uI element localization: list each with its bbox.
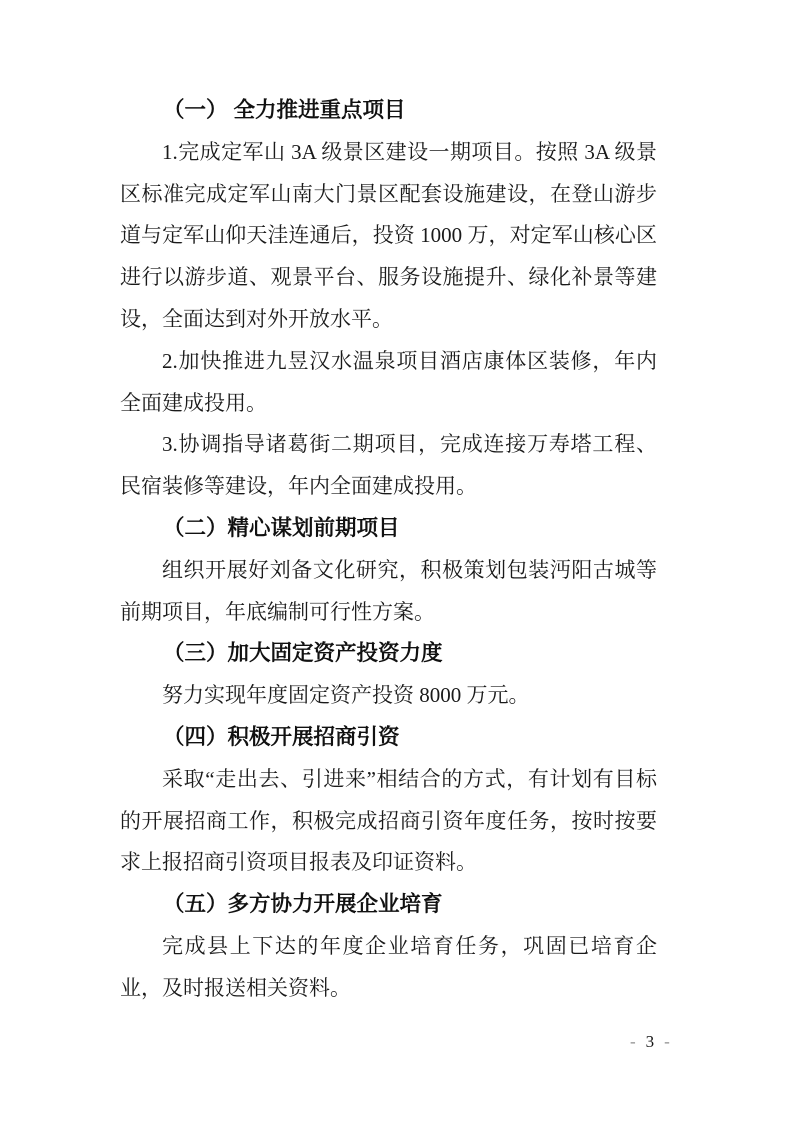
paragraph: 1.完成定军山 3A 级景区建设一期项目。按照 3A 级景区标准完成定军山南大门… xyxy=(120,132,657,341)
paragraph: 3.协调指导诸葛街二期项目，完成连接万寿塔工程、民宿装修等建设，年内全面建成投用… xyxy=(120,424,657,508)
section-investment-attraction: （四）积极开展招商引资 采取“走出去、引进来”相结合的方式，有计划有目标的开展招… xyxy=(120,717,657,884)
section-heading: （二）精心谋划前期项目 xyxy=(120,508,657,550)
section-heading: （一） 全力推进重点项目 xyxy=(120,90,657,132)
page-number-dash-left: - xyxy=(630,1032,637,1051)
section-heading: （五）多方协力开展企业培育 xyxy=(120,884,657,926)
paragraph: 组织开展好刘备文化研究，积极策划包装沔阳古城等前期项目，年底编制可行性方案。 xyxy=(120,550,657,634)
paragraph: 努力实现年度固定资产投资 8000 万元。 xyxy=(120,675,657,717)
section-fixed-asset-investment: （三）加大固定资产投资力度 努力实现年度固定资产投资 8000 万元。 xyxy=(120,633,657,717)
document-page: （一） 全力推进重点项目 1.完成定军山 3A 级景区建设一期项目。按照 3A … xyxy=(0,0,793,1122)
paragraph: 采取“走出去、引进来”相结合的方式，有计划有目标的开展招商工作，积极完成招商引资… xyxy=(120,759,657,884)
paragraph: 2.加快推进九昱汉水温泉项目酒店康体区装修，年内全面建成投用。 xyxy=(120,341,657,425)
section-enterprise-cultivation: （五）多方协力开展企业培育 完成县上下达的年度企业培育任务，巩固已培育企业，及时… xyxy=(120,884,657,1009)
document-body: （一） 全力推进重点项目 1.完成定军山 3A 级景区建设一期项目。按照 3A … xyxy=(120,90,657,1010)
section-heading: （三）加大固定资产投资力度 xyxy=(120,633,657,675)
page-number-dash-right: - xyxy=(664,1032,671,1051)
section-early-stage-projects: （二）精心谋划前期项目 组织开展好刘备文化研究，积极策划包装沔阳古城等前期项目，… xyxy=(120,508,657,633)
section-key-projects: （一） 全力推进重点项目 1.完成定军山 3A 级景区建设一期项目。按照 3A … xyxy=(120,90,657,508)
paragraph: 完成县上下达的年度企业培育任务，巩固已培育企业，及时报送相关资料。 xyxy=(120,926,657,1010)
page-number-value: 3 xyxy=(646,1032,656,1051)
section-heading: （四）积极开展招商引资 xyxy=(120,717,657,759)
page-number: -3- xyxy=(630,1030,671,1053)
